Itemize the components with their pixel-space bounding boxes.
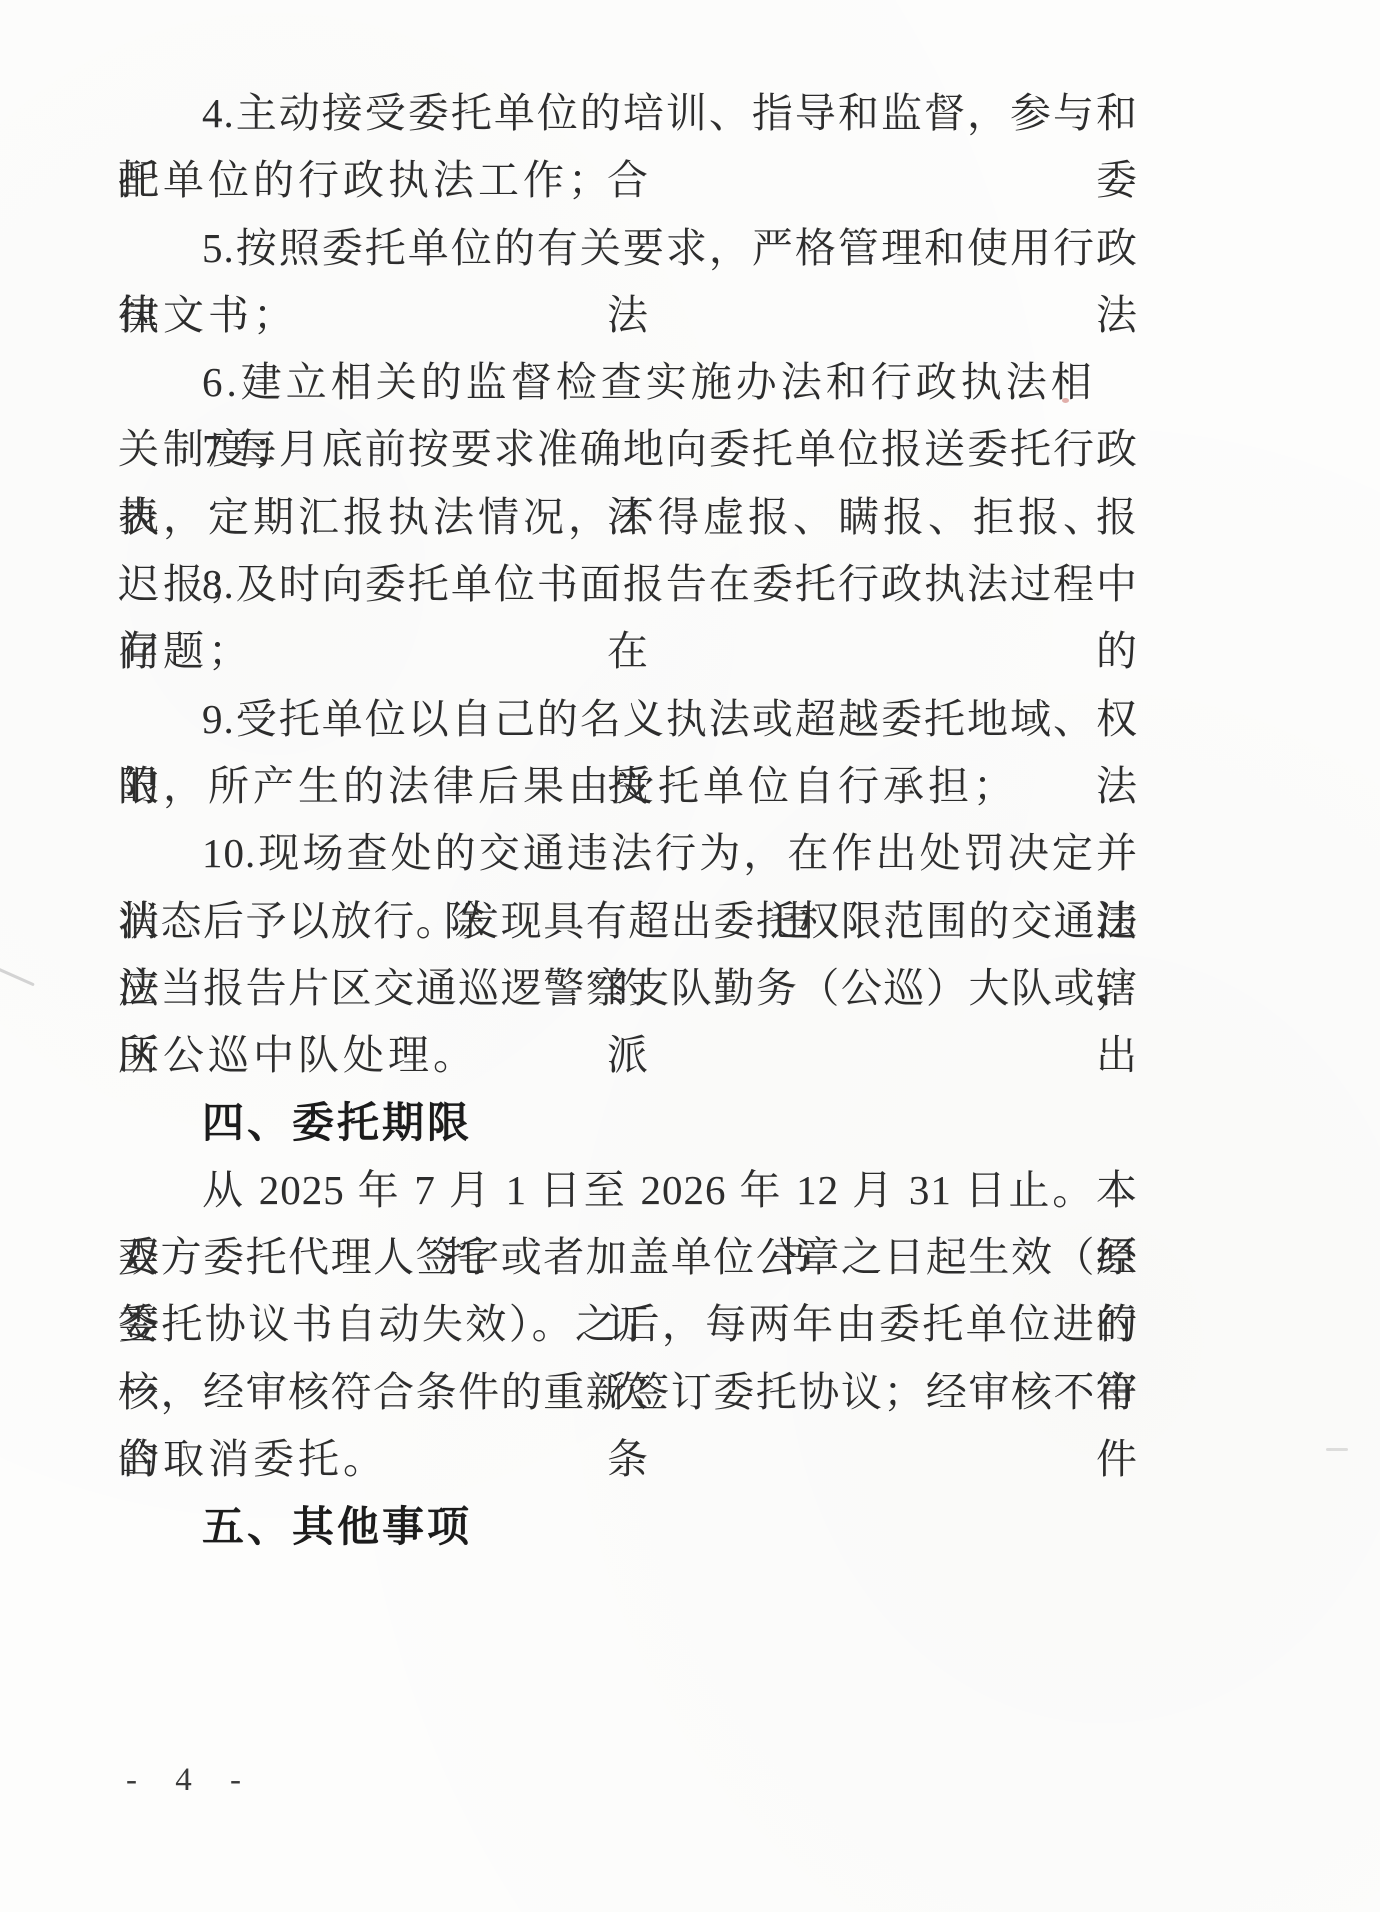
text-line-item-10-3: 应当报告片区交通巡逻警察支队勤务（公巡）大队或辖区派出: [118, 955, 1138, 1022]
text-line-item-7-1: 7.每月底前按要求准确地向委托单位报送委托行政执法报: [118, 416, 1138, 483]
text-line-item-6-1: 6.建立相关的监督检查实施办法和行政执法相关制度；: [118, 349, 1138, 416]
text-line-item-9-1: 9.受托单位以自己的名义执法或超越委托地域、权限执法: [118, 686, 1138, 753]
text-line-section-4-paragraph-4: 核，经审核符合条件的重新签订委托协议；经审核不符合条件: [118, 1359, 1138, 1426]
text-line-item-7-2: 表，定期汇报执法情况，不得虚报、瞒报、拒报、迟报；: [118, 484, 1138, 551]
text-line-item-9-2: 的，所产生的法律后果由受托单位自行承担；: [118, 753, 1138, 820]
text-line-section-4-paragraph-1: 从 2025 年 7 月 1 日至 2026 年 12 月 31 日止。本委托书…: [118, 1157, 1138, 1224]
text-line-section-4-paragraph-2: 双方委托代理人签字或者加盖单位公章之日起生效（原签订的: [118, 1224, 1138, 1291]
text-line-item-8-1: 8.及时向委托单位书面报告在委托行政执法过程中存在的: [118, 551, 1138, 618]
document-body: 4.主动接受委托单位的培训、指导和监督，参与和配合委托单位的行政执法工作；5.按…: [118, 80, 1138, 1561]
scanned-document-page: 4.主动接受委托单位的培训、指导和监督，参与和配合委托单位的行政执法工作；5.按…: [0, 0, 1380, 1912]
scan-speck-artifact: [1062, 398, 1069, 403]
scan-smudge-artifact: [1326, 1448, 1348, 1451]
section-5-heading: 五、其他事项: [118, 1493, 1138, 1560]
text-line-item-10-1: 10.现场查处的交通违法行为，在作出处罚决定并消除违法: [118, 820, 1138, 887]
text-line-section-4-paragraph-3: 委托协议书自动失效）。之后，每两年由委托单位进行一次审: [118, 1291, 1138, 1358]
text-line-item-10-2: 状态后予以放行。发现具有超出委托权限范围的交通违法的，: [118, 888, 1138, 955]
scan-scratch-artifact: [0, 967, 35, 987]
text-line-item-5-1: 5.按照委托单位的有关要求，严格管理和使用行政执法法: [118, 215, 1138, 282]
page-number: - 4 -: [126, 1762, 256, 1799]
text-line-item-4-1: 4.主动接受委托单位的培训、指导和监督，参与和配合委: [118, 80, 1138, 147]
section-4-heading: 四、委托期限: [118, 1089, 1138, 1156]
